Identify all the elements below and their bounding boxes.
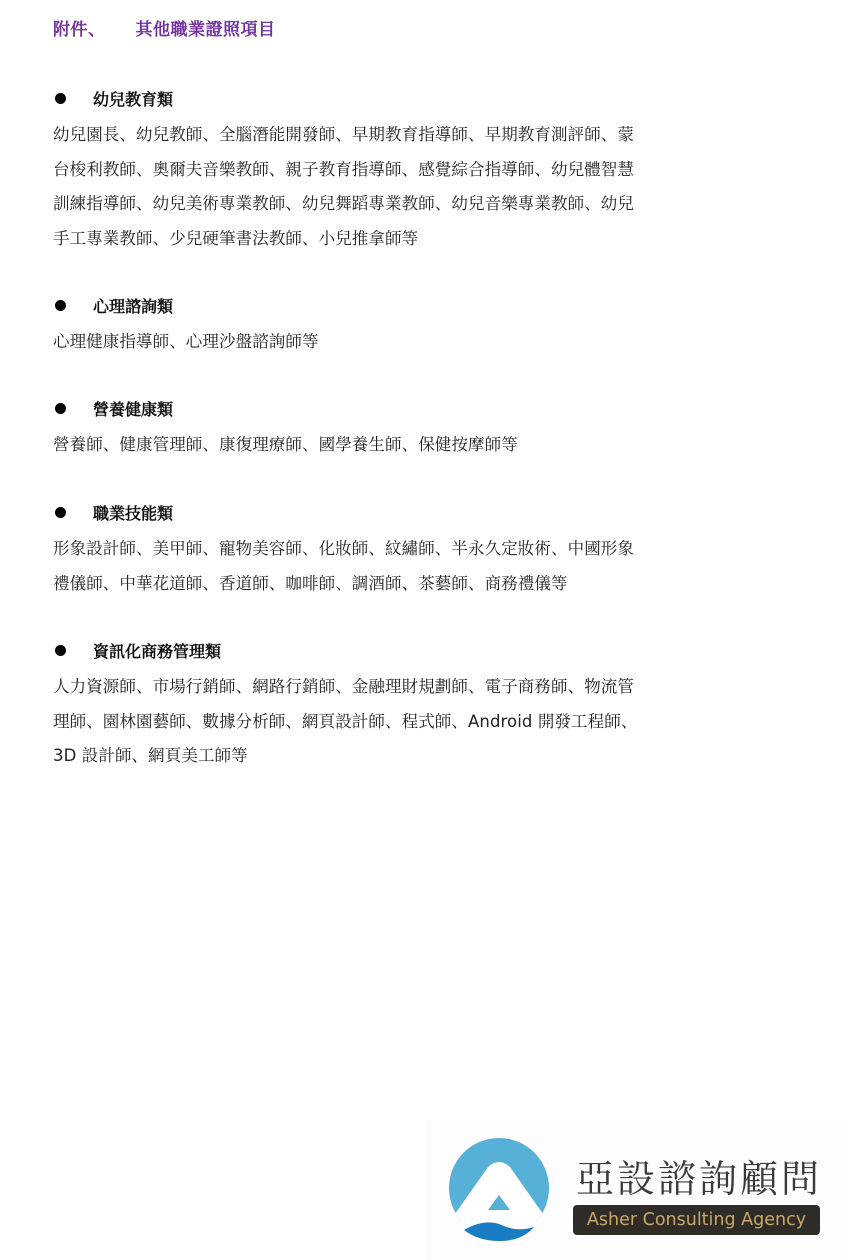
section-body: 幼兒園長、幼兒教師、全腦潛能開發師、早期教育指導師、早期教育測評師、蒙 台梭利教… [53,118,747,256]
body-line: 人力資源師、市場行銷師、網路行銷師、金融理財規劃師、電子商務師、物流管 [53,670,747,705]
bullet-icon [55,300,66,311]
section-title: 心理諮詢類 [53,293,753,317]
section-nutrition: 營養健康類 營養師、健康管理師、康復理療師、國學養生師、保健按摩師等 [53,396,753,463]
bullet-icon [55,507,66,518]
section-body: 形象設計師、美甲師、寵物美容師、化妝師、紋繡師、半永久定妝術、中國形象 禮儀師、… [53,532,747,601]
body-line: 營養師、健康管理師、康復理療師、國學養生師、保健按摩師等 [53,428,747,463]
body-line: 形象設計師、美甲師、寵物美容師、化妝師、紋繡師、半永久定妝術、中國形象 [53,532,747,567]
section-early-childhood: 幼兒教育類 幼兒園長、幼兒教師、全腦潛能開發師、早期教育指導師、早期教育測評師、… [53,86,753,256]
logo-name-en: Asher Consulting Agency [573,1205,820,1235]
logo-name-zh: 亞設諮詢顧問 [576,1156,822,1202]
bullet-icon [55,645,66,656]
section-body: 人力資源師、市場行銷師、網路行銷師、金融理財規劃師、電子商務師、物流管 理師、園… [53,670,747,774]
section-title-text: 幼兒教育類 [93,87,173,110]
section-title: 資訊化商務管理類 [53,638,753,662]
section-title-text: 營養健康類 [93,397,173,420]
body-line: 禮儀師、中華花道師、香道師、咖啡師、調酒師、茶藝師、商務禮儀等 [53,567,747,602]
section-title-text: 職業技能類 [93,501,173,524]
section-title-text: 心理諮詢類 [93,294,173,317]
body-line: 幼兒園長、幼兒教師、全腦潛能開發師、早期教育指導師、早期教育測評師、蒙 [53,118,747,153]
body-line: 訓練指導師、幼兒美術專業教師、幼兒舞蹈專業教師、幼兒音樂專業教師、幼兒 [53,187,747,222]
section-title-text: 資訊化商務管理類 [93,639,221,662]
body-line: 心理健康指導師、心理沙盤諮詢師等 [53,325,747,360]
page-heading: 附件、其他職業證照項目 [53,15,276,40]
body-line: 手工專業教師、少兒硬筆書法教師、小兒推拿師等 [53,222,747,257]
section-psychology: 心理諮詢類 心理健康指導師、心理沙盤諮詢師等 [53,293,753,360]
bullet-icon [55,93,66,104]
heading-prefix: 附件、 [53,20,106,40]
body-line: 理師、園林園藝師、數據分析師、網頁設計師、程式師、Android 開發工程師、 [53,705,747,740]
section-it-business: 資訊化商務管理類 人力資源師、市場行銷師、網路行銷師、金融理財規劃師、電子商務師… [53,638,753,774]
bullet-icon [55,403,66,414]
section-body: 營養師、健康管理師、康復理療師、國學養生師、保健按摩師等 [53,428,747,463]
company-logo: 亞設諮詢顧問 Asher Consulting Agency [426,1120,848,1260]
section-title: 營養健康類 [53,396,753,420]
section-vocational: 職業技能類 形象設計師、美甲師、寵物美容師、化妝師、紋繡師、半永久定妝術、中國形… [53,500,753,601]
section-title: 職業技能類 [53,500,753,524]
heading-title: 其他職業證照項目 [136,20,276,40]
section-body: 心理健康指導師、心理沙盤諮詢師等 [53,325,747,360]
body-line: 3D 設計師、網頁美工師等 [53,739,747,774]
body-line: 台梭利教師、奧爾夫音樂教師、親子教育指導師、感覺綜合指導師、幼兒體智慧 [53,153,747,188]
section-title: 幼兒教育類 [53,86,753,110]
mountain-wave-circle-icon [448,1137,550,1245]
